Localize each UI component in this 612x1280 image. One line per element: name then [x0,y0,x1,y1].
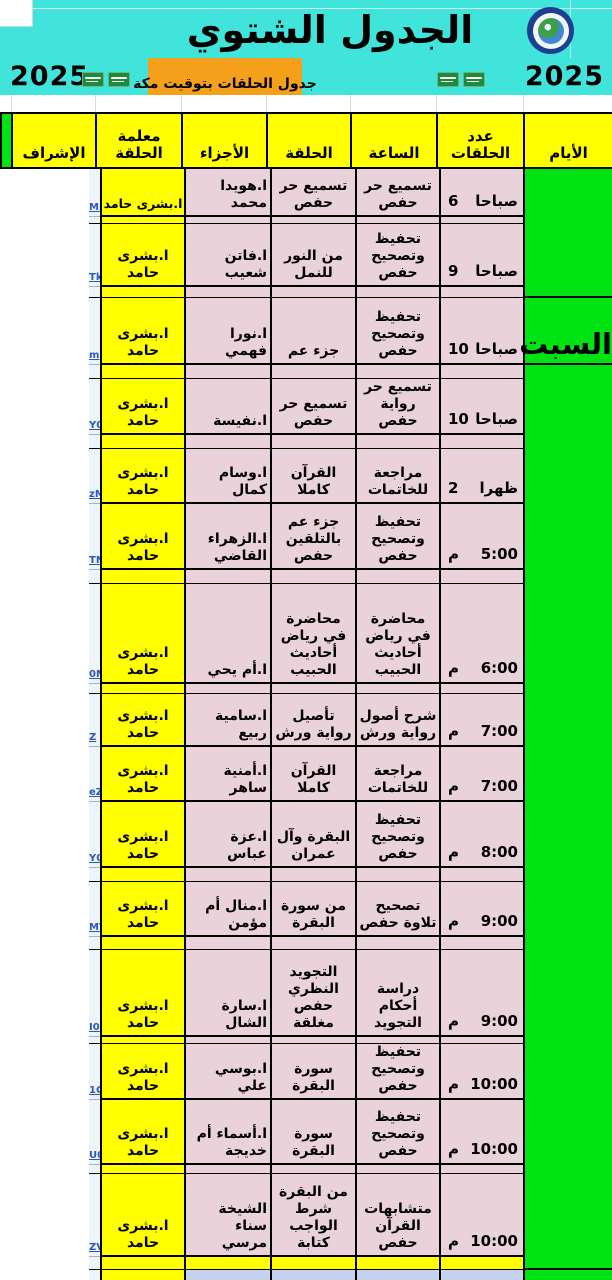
days-green-block [523,365,612,1270]
supervisor-cell: ا.بشرى حامد [100,1100,184,1165]
parts-cell: تسميع حر حفص [270,379,355,435]
teacher-cell [184,1165,270,1174]
link-column-cell [89,1165,100,1174]
teacher-cell: ا.سارة الشال [184,950,270,1037]
halqa-cell [355,937,439,950]
time-cell: م7:00 [439,747,525,802]
time-cell: م7:00 [439,694,525,747]
supervision-cell [100,868,184,882]
teacher-cell: ا.نورا فهمي [184,298,270,365]
parts-cell [270,684,355,694]
schedule-table: الأيام عدد الحلقات الساعة الحلقة الأجزاء… [0,112,612,1280]
parts-cell: البقرة وآل عمران [270,802,355,868]
time-cell [439,868,525,882]
link-column-cell [89,217,100,224]
header-hour: الساعة [350,114,436,169]
parts-cell [270,1037,355,1044]
time-cell [439,684,525,694]
time-cell: م10:00 [439,1100,525,1165]
time-value-part: صباحا [475,192,518,210]
supervisor-cell: ا.بشرى حامد [100,584,184,684]
halqa-cell: مراجعة للخاتمات [355,747,439,802]
logo-ring [533,13,569,49]
time-cell: م5:00 [439,504,525,570]
halqa-cell: تسميع حر حفص [355,169,439,217]
parts-cell: من سورة البقرة [270,882,355,937]
time-period-part: م [448,659,459,677]
halqa-cell [355,365,439,379]
halqa-cell [355,217,439,224]
time-cell: 9صباحا [439,224,525,287]
time-period-part: م [448,722,459,740]
halqa-cell [355,1270,439,1280]
supervisor-cell: ا.بشرى حامد [100,449,184,504]
days-column: السبت [523,169,612,1280]
link-stub[interactable]: Z [89,694,100,747]
time-value-part: صباحا [475,410,518,428]
teacher-cell [184,570,270,584]
halqa-cell [355,1165,439,1174]
teacher-cell [184,287,270,298]
days-green-block [523,1270,612,1280]
time-value-part: 9:00 [481,912,518,930]
halqa-cell: تحفيظ وتصحيح حفص [355,224,439,287]
days-green-block [523,169,612,298]
time-value-part: 6:00 [481,659,518,677]
supervision-cell [100,287,184,298]
header-link-column [0,114,11,169]
time-value-part: 10:00 [470,1075,518,1093]
link-stub[interactable]: I0 [89,950,100,1037]
link-column-cell [89,1270,100,1280]
link-stub[interactable]: Mn [89,169,100,217]
parts-cell [270,937,355,950]
link-column-cell [89,937,100,950]
halqa-cell [355,287,439,298]
time-period-part: م [448,843,459,861]
halqa-cell [355,570,439,584]
time-period-part: م [448,777,459,795]
parts-cell: التجويد النظري حفص مغلقة [270,950,355,1037]
header-halqa: الحلقة [266,114,350,169]
time-cell: م6:00 [439,584,525,684]
supervisor-cell: ا.بشرى حامد [100,747,184,802]
time-cell: م10:00 [439,1044,525,1100]
halqa-cell: متشابهات القرآن حفص [355,1174,439,1257]
time-cell: م9:00 [439,950,525,1037]
parts-cell [270,1165,355,1174]
teacher-cell: ا.منال أم مؤمن [184,882,270,937]
supervision-cell [100,1257,184,1270]
halqa-cell [355,684,439,694]
halqa-cell: تصحيح تلاوة حفص [355,882,439,937]
time-cell: 6صباحا [439,169,525,217]
header-parts: الأجزاء [181,114,266,169]
time-value-part: صباحا [475,340,518,358]
link-column-cell [89,684,100,694]
time-cell: 10صباحا [439,298,525,365]
time-cell: م8:00 [439,802,525,868]
parts-cell [270,435,355,449]
time-period-part: م [448,912,459,930]
year-label-left: 2025 [10,61,89,92]
supervisor-cell: ا.بشرى حامد [100,224,184,287]
parts-cell: سورة البقرة [270,1100,355,1165]
parts-cell [270,570,355,584]
parts-cell: من البقرة شرط الواجب كتابة [270,1174,355,1257]
supervisor-cell: ا.بشرى حامد [100,802,184,868]
link-stub[interactable]: Y0 [89,802,100,868]
time-period-part: 10 [448,410,469,428]
year-label-right: 2025 [525,61,604,92]
halqa-cell [355,1037,439,1044]
link-stub[interactable]: TN [89,504,100,570]
parts-cell: القرآن كاملا [270,449,355,504]
saudi-flag-icon [108,72,130,87]
link-stub[interactable]: Y0 [89,379,100,435]
link-column-cell [89,1257,100,1270]
header-count: عدد الحلقات [436,114,523,169]
time-value-part: ظهرا [479,479,518,497]
halqa-cell: تحفيظ وتصحيح حفص [355,504,439,570]
mecca-time-banner: جدول الحلقات بتوقيت مكة [148,58,302,95]
teacher-cell: الشيخة سناء مرسي [184,1174,270,1257]
spreadsheet-corner-cell [0,0,33,27]
time-value-part: 5:00 [481,545,518,563]
supervisor-cell: ا.بشرى حامد [100,379,184,435]
link-stub[interactable]: 0M [89,584,100,684]
halqa-cell: دراسة أحكام التجويد [355,950,439,1037]
link-stub[interactable]: Tk( [89,224,100,287]
link-column-cell [89,868,100,882]
parts-cell: تسميع حر حفص [270,169,355,217]
saudi-flag-icon [82,72,104,87]
teacher-cell: ا.أسماء أم خديجة [184,1100,270,1165]
supervision-cell [100,937,184,950]
parts-cell: جزء عم [270,298,355,365]
supervision-cell [100,1037,184,1044]
time-value-part: 7:00 [481,722,518,740]
teacher-cell: ا.وسام كمال [184,449,270,504]
teacher-cell: ا.عزة عباس [184,802,270,868]
page-title: الجدول الشتوي [187,8,474,52]
link-stub[interactable]: zM [89,449,100,504]
halqa-cell [355,435,439,449]
link-stub[interactable]: m [89,298,100,365]
time-period-part: 9 [448,262,458,280]
time-value-part: 7:00 [481,777,518,795]
header-supervision: الإشراف [11,114,95,169]
time-cell [439,365,525,379]
winter-schedule-page: الجدول الشتوي 2025 جدول الحلقات بتوقيت م… [0,0,612,1280]
time-value-part: صباحا [475,262,518,280]
time-cell [439,287,525,298]
time-period-part: م [448,545,459,563]
time-cell [439,1165,525,1174]
time-value-part: 8:00 [481,843,518,861]
teacher-cell: ا.فاتن شعيب [184,224,270,287]
teacher-cell [184,868,270,882]
parts-cell: جزء عم بالتلقين حفص [270,504,355,570]
teacher-cell [184,365,270,379]
time-period-part: م [448,1140,459,1158]
teacher-cell: ا.نفيسة [184,379,270,435]
day-saturday-cell: السبت [523,298,612,365]
time-cell [439,1037,525,1044]
time-value-part: 10:00 [470,1140,518,1158]
supervisor-cell: ا.بشرى حامد [100,1044,184,1100]
parts-cell [270,287,355,298]
time-value-part: 10:00 [470,1232,518,1250]
time-cell [439,1270,525,1280]
parts-cell [270,217,355,224]
parts-cell [270,1257,355,1270]
teacher-cell [184,1257,270,1270]
teacher-cell: ا.سامية ربيع [184,694,270,747]
top-banner: الجدول الشتوي 2025 جدول الحلقات بتوقيت م… [0,0,612,95]
time-cell: 2ظهرا [439,449,525,504]
halqa-cell: شرح أصول رواية ورش [355,694,439,747]
supervision-cell [100,1270,184,1280]
saudi-flags-right [437,72,485,87]
teacher-cell [184,1270,270,1280]
teacher-cell: ا.هويدا محمد [184,169,270,217]
time-cell [439,1257,525,1270]
header-days: الأيام [523,114,612,169]
header-teacher: معلمة الحلقة [95,114,181,169]
parts-cell: تأصيل رواية ورش [270,694,355,747]
link-column-cell [89,287,100,298]
time-period-part: م [448,1232,459,1250]
supervisor-cell: ا.بشرى حامد [100,504,184,570]
time-cell [439,570,525,584]
supervision-cell [100,217,184,224]
table-header-row: الأيام عدد الحلقات الساعة الحلقة الأجزاء… [0,114,612,169]
globe-icon [538,18,564,44]
time-period-part: م [448,1012,459,1030]
teacher-cell [184,684,270,694]
halqa-cell [355,868,439,882]
halqa-cell: تحفيظ وتصحيح حفص [355,1100,439,1165]
link-stub[interactable]: U0 [89,1100,100,1165]
parts-cell: من النور للنمل [270,224,355,287]
time-period-part: 6 [448,192,458,210]
supervision-cell [100,1165,184,1174]
supervision-cell [100,570,184,584]
supervisor-cell: ا.بشرى حامد [100,298,184,365]
time-cell [439,217,525,224]
teacher-cell [184,217,270,224]
supervision-cell [100,365,184,379]
halqa-cell: تحفيظ وتصحيح حفص [355,1044,439,1100]
time-cell: 10صباحا [439,379,525,435]
time-period-part: 10 [448,340,469,358]
link-column-cell [89,570,100,584]
time-cell: م10:00 [439,1174,525,1257]
supervisor-cell: ا.بشرى حامد [100,694,184,747]
link-stub[interactable]: eZ [89,747,100,802]
teacher-cell: ا.بوسي علي [184,1044,270,1100]
supervisor-cell: ا.بشرى حامد [100,169,184,217]
parts-cell [270,868,355,882]
supervisor-cell: ا.بشرى حامد [100,950,184,1037]
link-column-cell [89,435,100,449]
link-column-cell [89,1037,100,1044]
supervisor-cell: ا.بشرى حامد [100,1174,184,1257]
time-period-part: م [448,1075,459,1093]
parts-cell [270,1270,355,1280]
parts-cell: القرآن كاملا [270,747,355,802]
banner-second-row: 2025 جدول الحلقات بتوقيت مكة 2025 [0,58,612,95]
parts-cell [270,365,355,379]
parts-cell: سورة البقرة [270,1044,355,1100]
halqa-cell: مراجعة للخاتمات [355,449,439,504]
spreadsheet-gap-row [0,95,612,112]
link-stub[interactable]: MT [89,882,100,937]
link-stub[interactable]: 1G [89,1044,100,1100]
teacher-cell: ا.أم يحي [184,584,270,684]
halqa-cell: تسميع حر رواية حفص [355,379,439,435]
teacher-cell: ا.الزهراء القاضي [184,504,270,570]
time-cell: م9:00 [439,882,525,937]
saudi-flag-icon [463,72,485,87]
halqa-cell [355,1257,439,1270]
time-value-part: 9:00 [481,1012,518,1030]
saudi-flag-icon [437,72,459,87]
supervision-cell [100,684,184,694]
teacher-cell: ا.أمنية ساهر [184,747,270,802]
saudi-flags-left [82,72,130,87]
time-cell [439,435,525,449]
organization-logo-icon [527,7,574,54]
supervision-cell [100,435,184,449]
teacher-cell [184,937,270,950]
time-cell [439,937,525,950]
halqa-cell: تحفيظ وتصحيح حفص [355,802,439,868]
parts-cell: محاضرة في رياض أحاديث الحبيب [270,584,355,684]
halqa-cell: محاضرة في رياض أحاديث الحبيب [355,584,439,684]
supervisor-cell: ا.بشرى حامد [100,882,184,937]
halqa-cell: تحفيظ وتصحيح حفص [355,298,439,365]
teacher-cell [184,435,270,449]
time-period-part: 2 [448,479,458,497]
link-column-cell [89,365,100,379]
teacher-cell [184,1037,270,1044]
link-stub[interactable]: ZV [89,1174,100,1257]
